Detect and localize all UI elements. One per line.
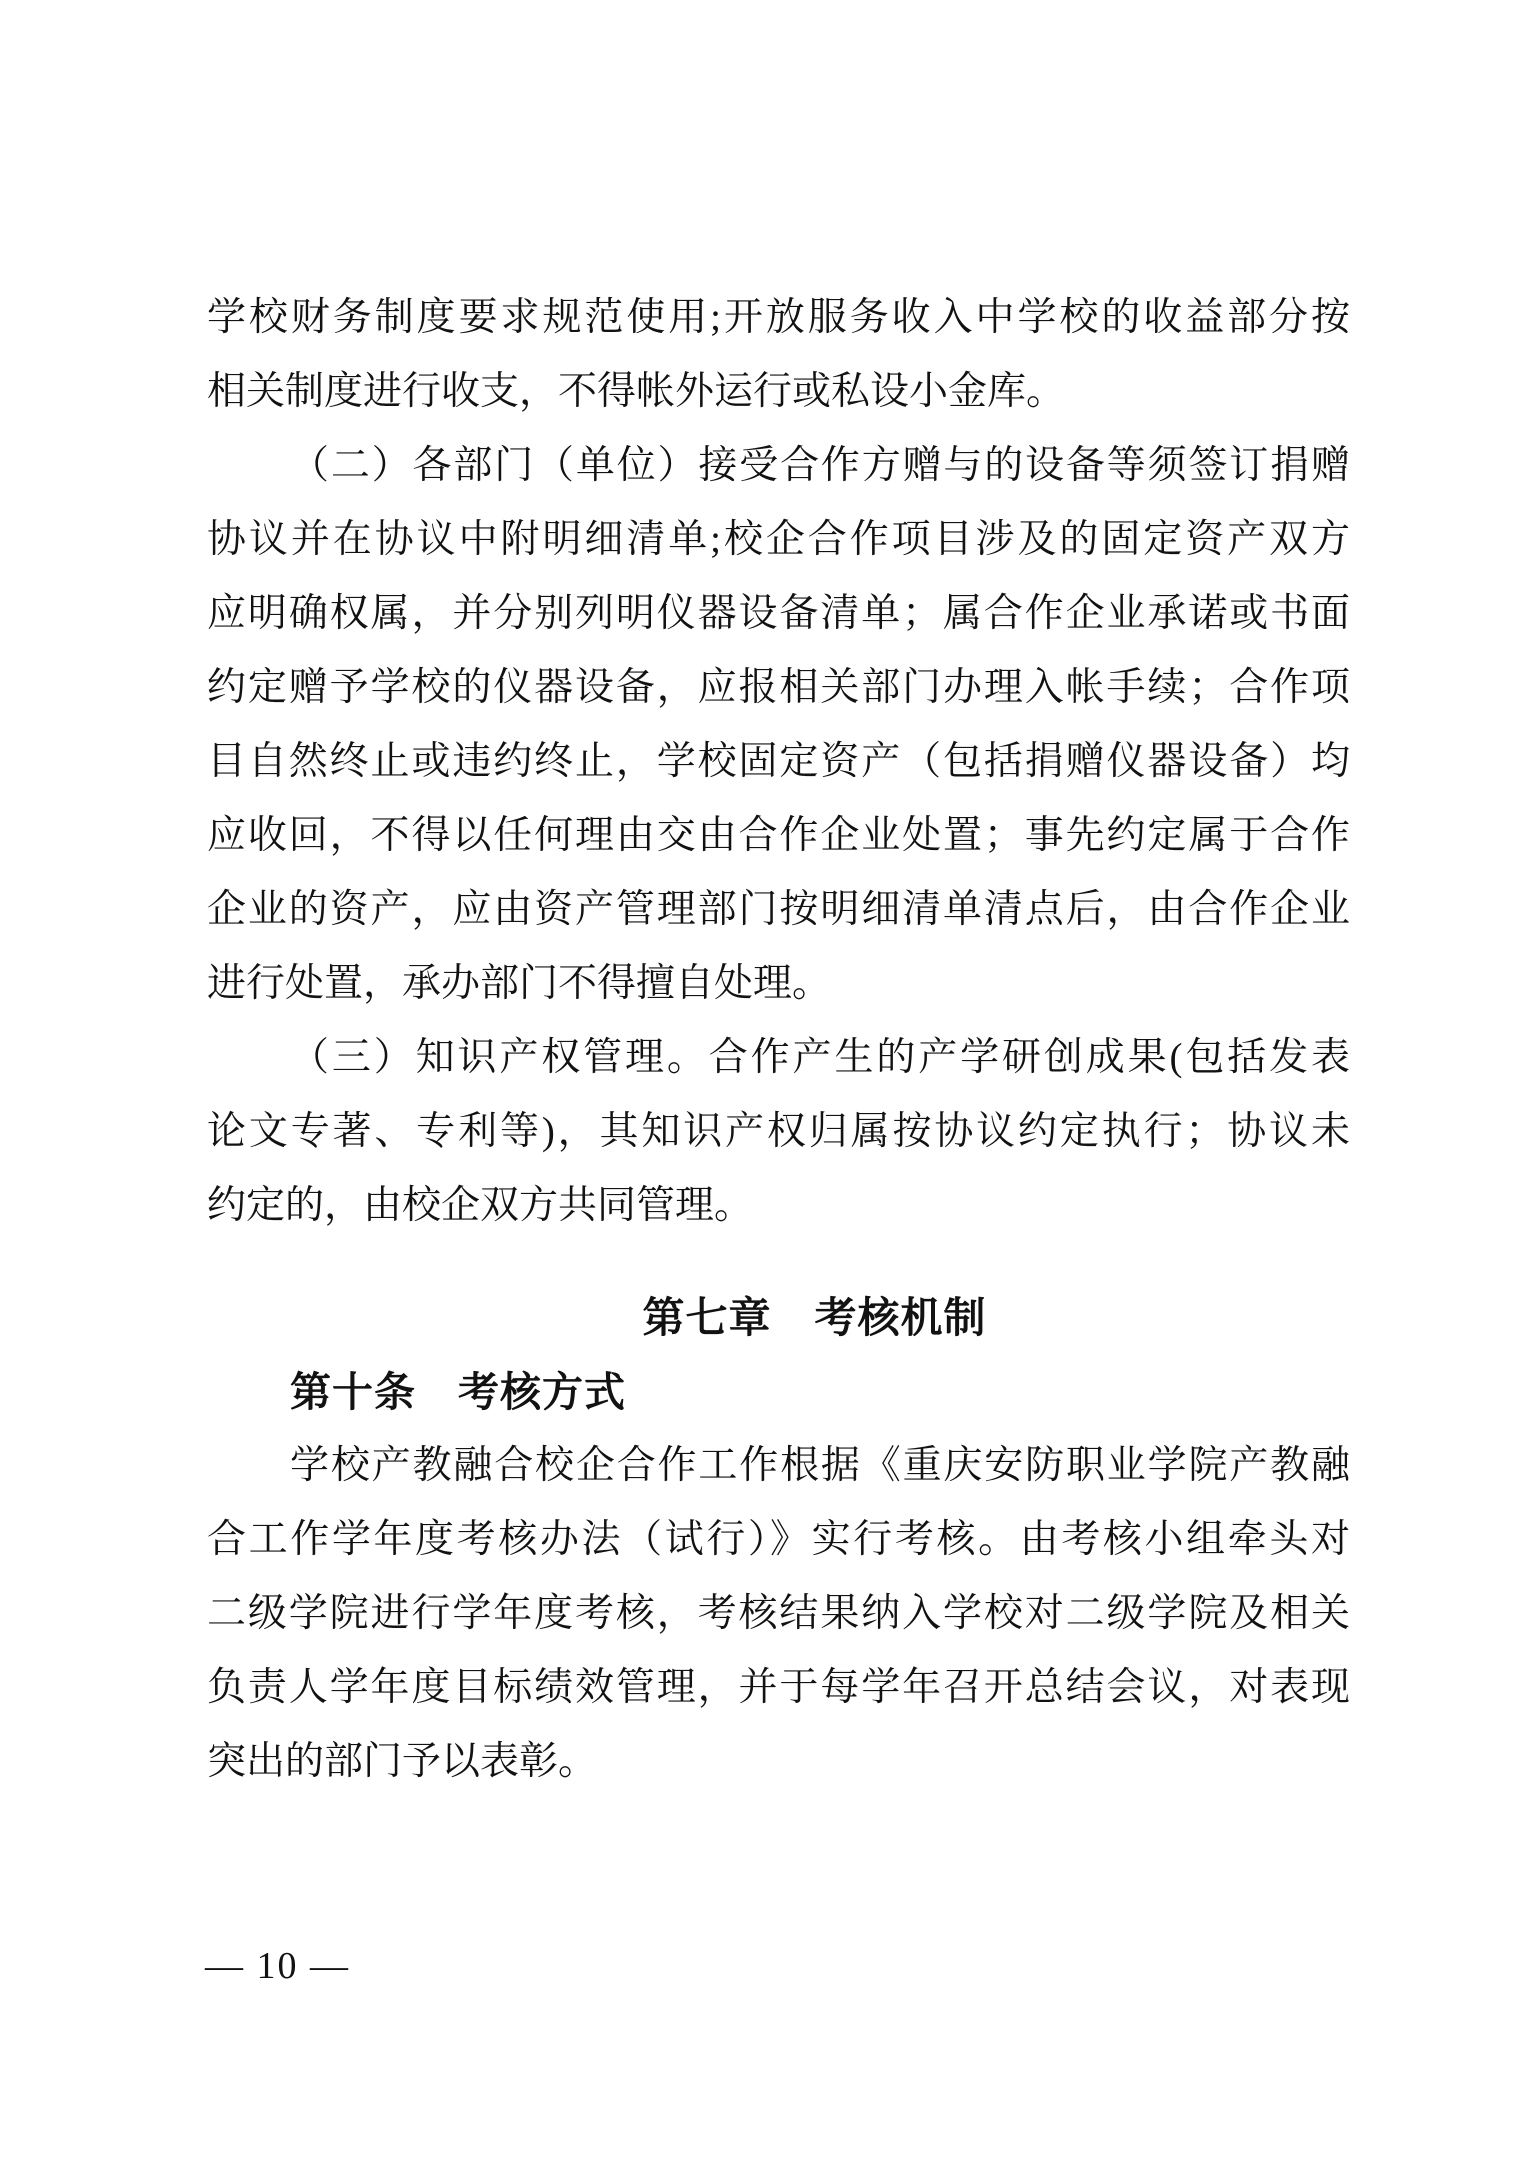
body-text-line: 企业的资产，应由资产管理部门按明细清单清点后，由合作企业	[207, 873, 1350, 947]
body-text-line: 约定赠予学校的仪器设备，应报相关部门办理入帐手续；合作项	[207, 651, 1350, 725]
article-heading: 第十条 考核方式	[207, 1355, 1350, 1429]
body-text-line: 协议并在协议中附明细清单;校企合作项目涉及的固定资产双方	[207, 503, 1350, 577]
body-text-line: 目自然终止或违约终止，学校固定资产（包括捐赠仪器设备）均	[207, 725, 1350, 799]
paragraph-lines-before-heading: 学校财务制度要求规范使用;开放服务收入中学校的收益部分按相关制度进行收支，不得帐…	[207, 281, 1350, 1243]
document-page: 学校财务制度要求规范使用;开放服务收入中学校的收益部分按相关制度进行收支，不得帐…	[0, 0, 1536, 2171]
paragraph-lines-after-heading: 学校产教融合校企合作工作根据《重庆安防职业学院产教融合工作学年度考核办法（试行）…	[207, 1429, 1350, 1799]
body-text-line: （三）知识产权管理。合作产生的产学研创成果(包括发表	[207, 1021, 1350, 1095]
body-text-line: 相关制度进行收支，不得帐外运行或私设小金库。	[207, 355, 1350, 429]
body-text-line: 学校产教融合校企合作工作根据《重庆安防职业学院产教融	[207, 1429, 1350, 1503]
body-text-line: 二级学院进行学年度考核，考核结果纳入学校对二级学院及相关	[207, 1577, 1350, 1651]
body-text-line: 学校财务制度要求规范使用;开放服务收入中学校的收益部分按	[207, 281, 1350, 355]
body-text-line: 进行处置，承办部门不得擅自处理。	[207, 947, 1350, 1021]
page-number: — 10 —	[205, 1942, 350, 1990]
body-text-line: 应收回，不得以任何理由交由合作企业处置；事先约定属于合作	[207, 799, 1350, 873]
chapter-heading: 第七章 考核机制	[243, 1281, 1386, 1355]
body-text-line: 突出的部门予以表彰。	[207, 1725, 1350, 1799]
body-text-line: 负责人学年度目标绩效管理，并于每学年召开总结会议，对表现	[207, 1651, 1350, 1725]
body-text-line: （二）各部门（单位）接受合作方赠与的设备等须签订捐赠	[207, 429, 1350, 503]
body-text-line: 约定的，由校企双方共同管理。	[207, 1169, 1350, 1243]
document-body: 学校财务制度要求规范使用;开放服务收入中学校的收益部分按相关制度进行收支，不得帐…	[207, 281, 1350, 1799]
body-text-line: 应明确权属，并分别列明仪器设备清单；属合作企业承诺或书面	[207, 577, 1350, 651]
body-text-line: 合工作学年度考核办法（试行）》实行考核。由考核小组牵头对	[207, 1503, 1350, 1577]
body-text-line: 论文专著、专利等)，其知识产权归属按协议约定执行；协议未	[207, 1095, 1350, 1169]
